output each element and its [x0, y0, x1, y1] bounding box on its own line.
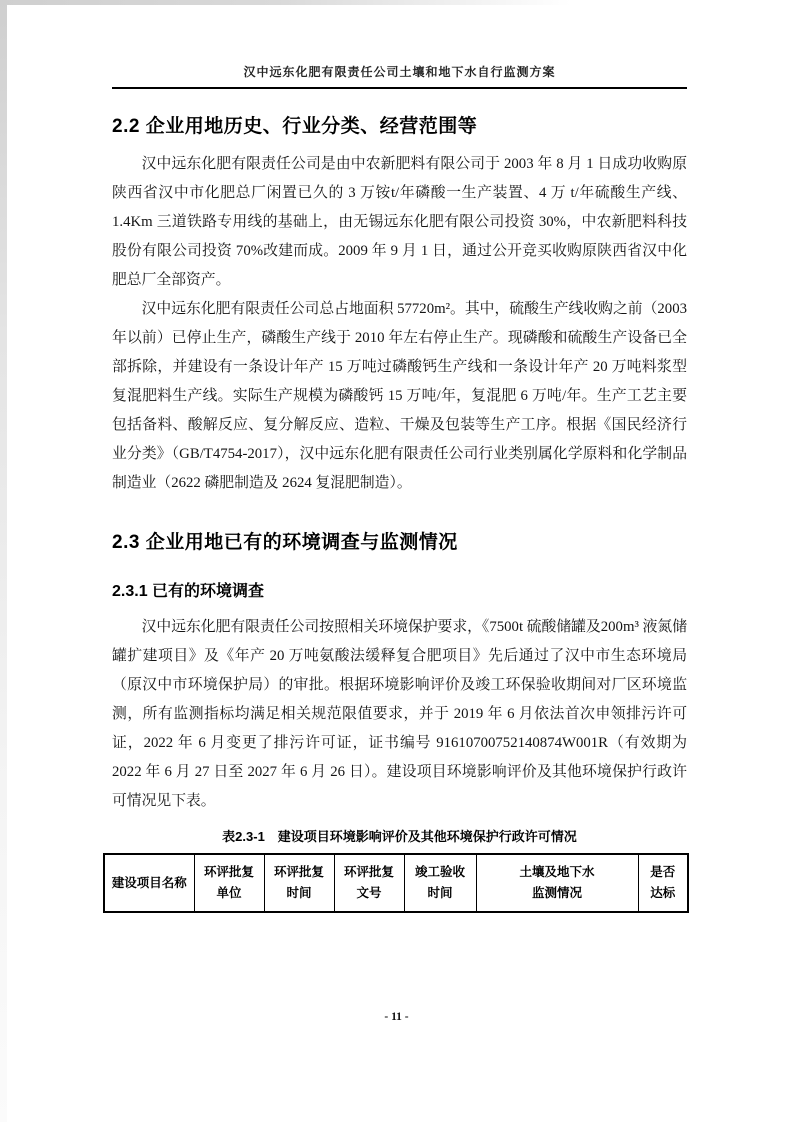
section-heading-2-3-1: 2.3.1 已有的环境调查	[112, 578, 687, 601]
col-header-eia-approval-number: 环评批复 文号	[334, 854, 404, 912]
section-heading-2-3: 2.3 企业用地已有的环境调查与监测情况	[112, 527, 687, 554]
paragraph-company-history: 汉中远东化肥有限责任公司是由中农新肥料有限公司于 2003 年 8 月 1 日成…	[112, 150, 687, 295]
col-header-soil-groundwater-monitoring: 土壤及地下水 监测情况	[476, 854, 638, 912]
col-header-project-name: 建设项目名称	[104, 854, 194, 912]
permit-table-header-row: 建设项目名称 环评批复 单位 环评批复 时间 环评批复 文号 竣工验收 时间 土…	[104, 854, 688, 912]
page: 汉中远东化肥有限责任公司土壤和地下水自行监测方案 2.2 企业用地历史、行业分类…	[7, 5, 793, 1122]
paragraph-environmental-survey: 汉中远东化肥有限责任公司按照相关环境保护要求，《7500t 硫酸储罐及200m³…	[112, 613, 687, 816]
paragraph-site-area-industry: 汉中远东化肥有限责任公司总占地面积 57720m²。其中，硫酸生产线收购之前（2…	[112, 295, 687, 498]
scan-edge-left	[0, 0, 7, 1122]
col-header-compliance: 是否 达标	[638, 854, 688, 912]
table-caption: 表2.3-1 建设项目环境影响评价及其他环境保护行政许可情况	[112, 826, 687, 845]
page-number: - 11 -	[0, 1011, 793, 1023]
section-heading-2-2: 2.2 企业用地历史、行业分类、经营范围等	[112, 111, 687, 138]
document-page: { "doc": { "header_title": "汉中远东化肥有限责任公司…	[0, 0, 793, 1122]
running-header-title: 汉中远东化肥有限责任公司土壤和地下水自行监测方案	[112, 63, 687, 89]
col-header-acceptance-time: 竣工验收 时间	[404, 854, 476, 912]
col-header-eia-approval-time: 环评批复 时间	[264, 854, 334, 912]
permit-table: 建设项目名称 环评批复 单位 环评批复 时间 环评批复 文号 竣工验收 时间 土…	[103, 853, 689, 913]
col-header-eia-approval-unit: 环评批复 单位	[194, 854, 264, 912]
